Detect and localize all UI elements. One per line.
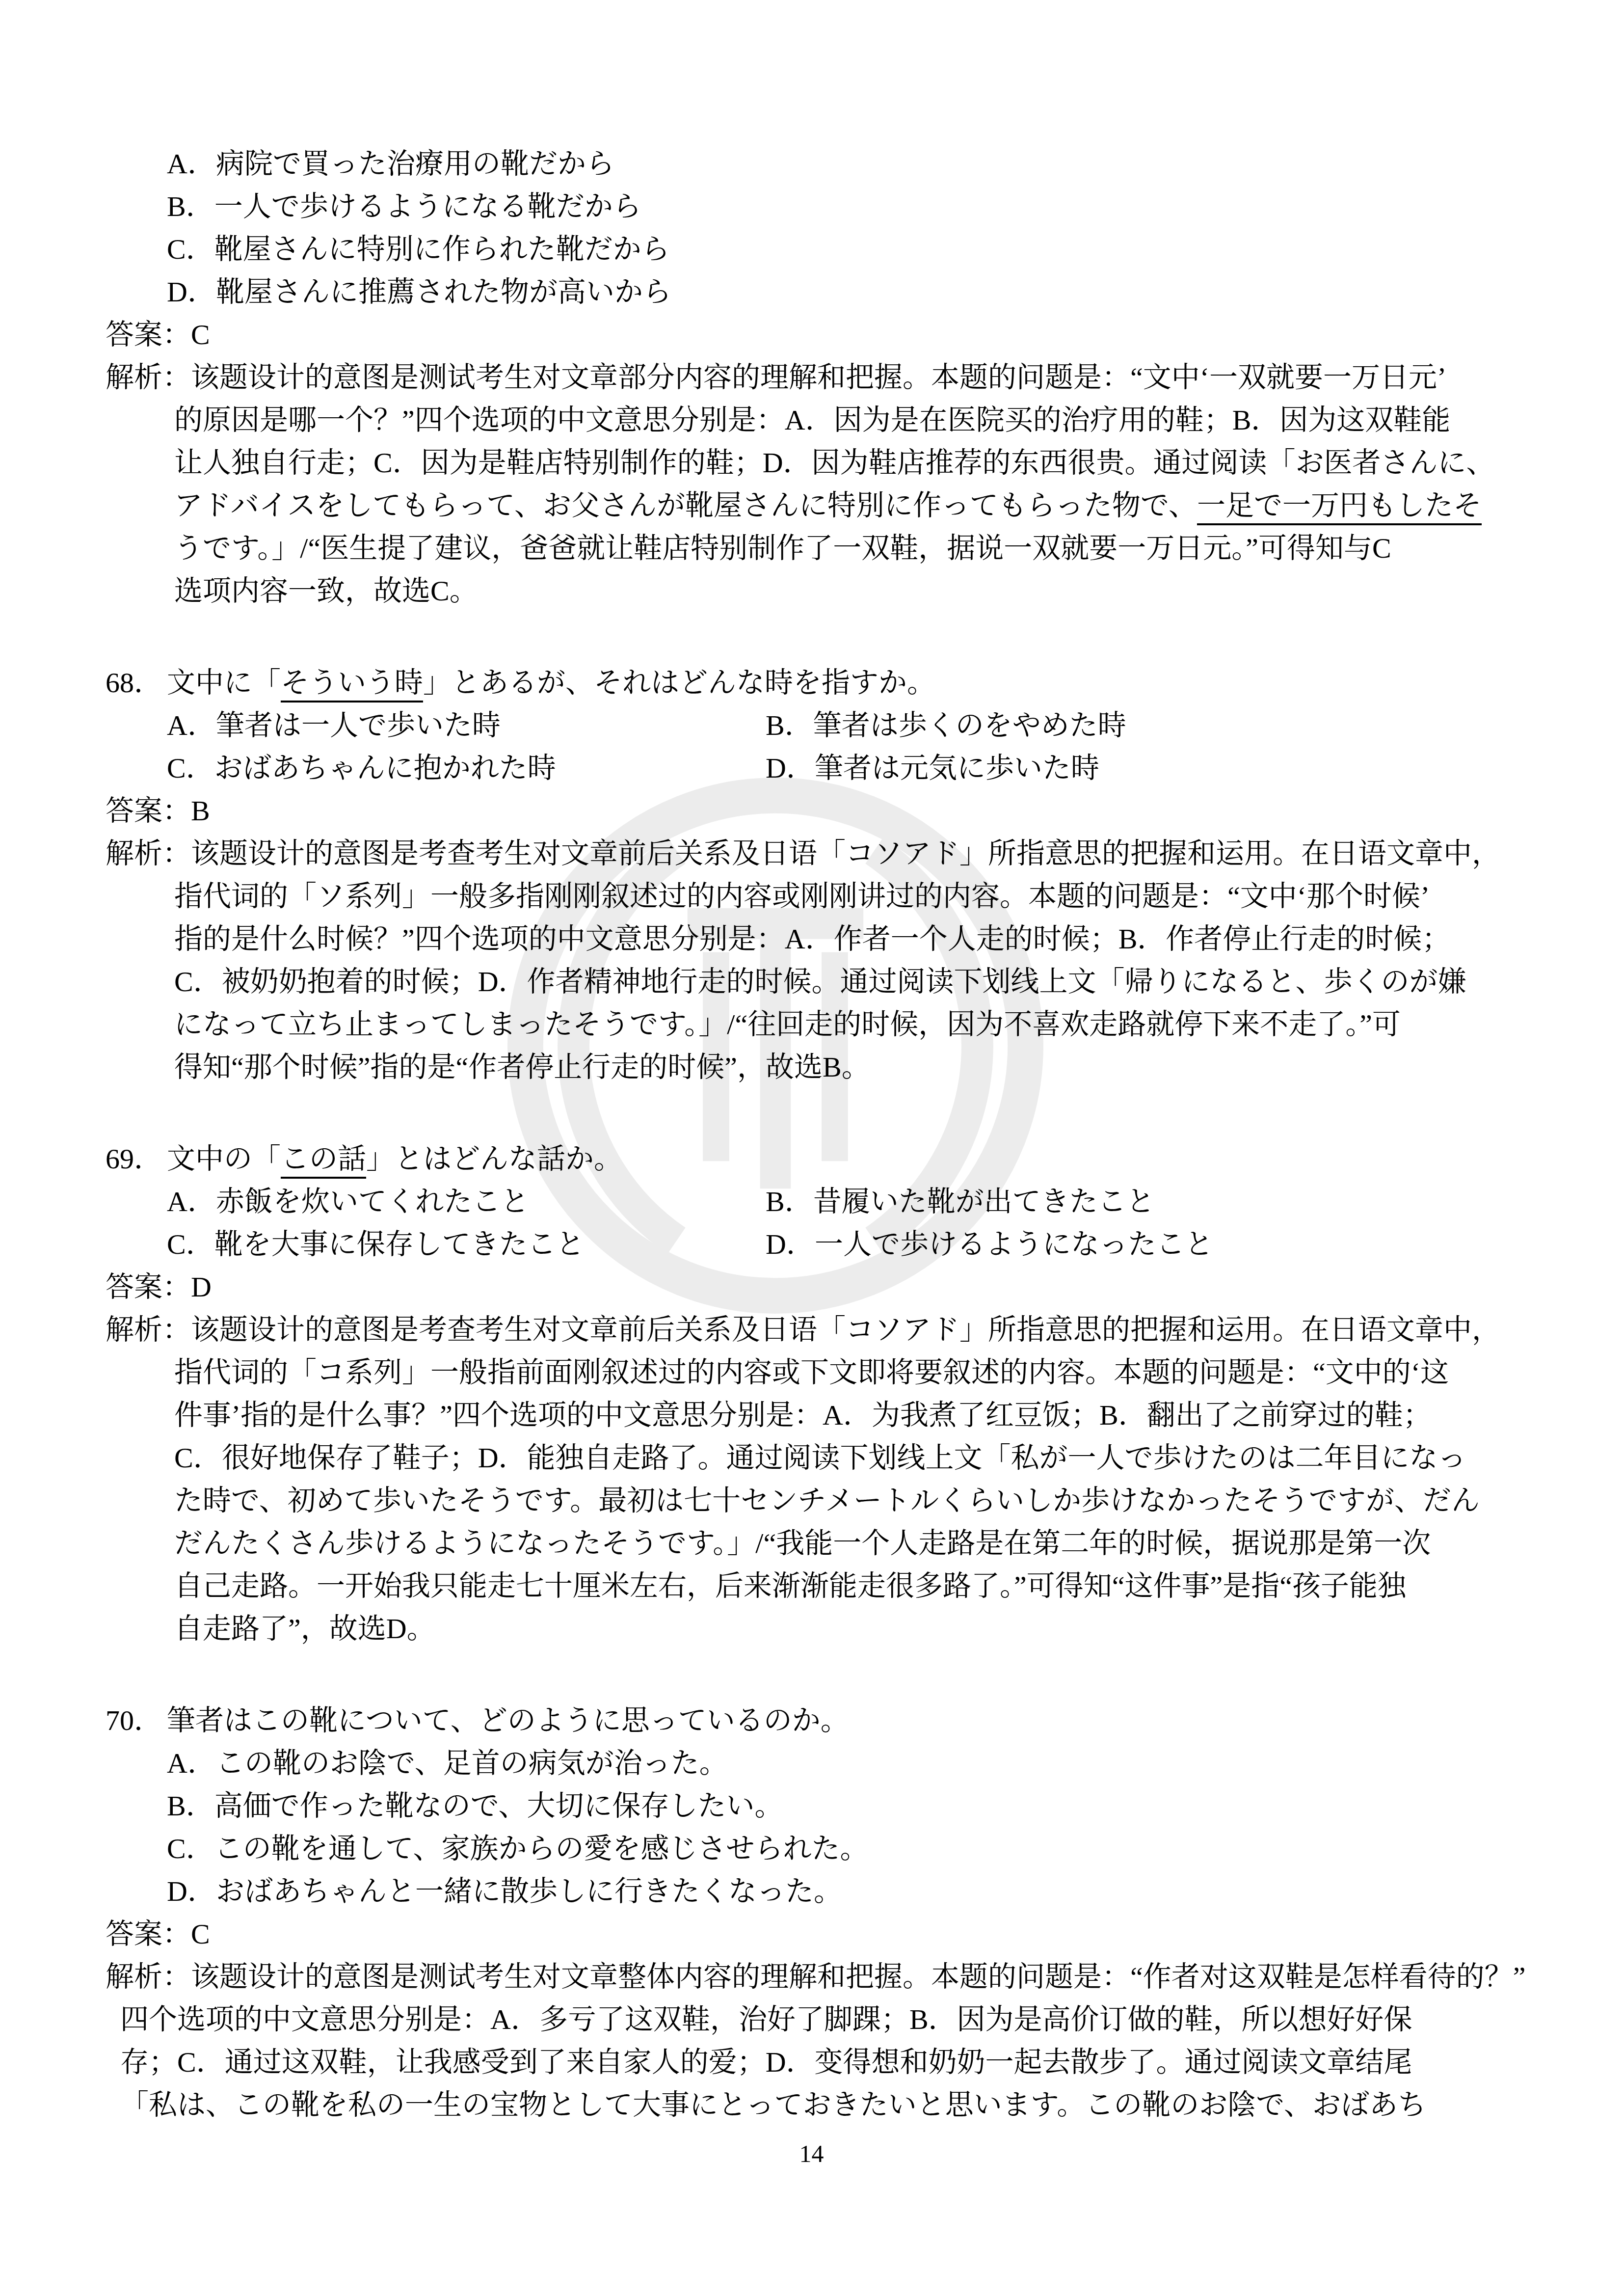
option-b: B．昔履いた靴が出てきたこと	[766, 1186, 1155, 1217]
option-c: C．おばあちゃんに抱かれた時	[167, 747, 766, 789]
analysis-line: 解析：该题设计的意图是考查考生对文章前后关系及日语「コソアド」所指意思的把握和运…	[106, 832, 1519, 875]
analysis-line: 指代词的「ソ系列」一般多指刚刚叙述过的内容或刚刚讲过的内容。本题的问题是：“文中…	[106, 875, 1519, 918]
analysis-label: 解析：	[106, 837, 191, 869]
option-row: A．筆者は一人で歩いた時B．筆者は歩くのをやめた時	[106, 704, 1519, 747]
analysis-label: 解析：	[106, 361, 191, 393]
analysis-line: 指的是什么时候？”四个选项的中文意思分别是：A．作者一个人走的时候；B．作者停止…	[106, 918, 1519, 960]
question-title-text: 文中に「	[167, 667, 281, 699]
question-title: 69．文中の「この話」とはどんな話か。	[106, 1137, 1519, 1180]
option-c: C．靴を大事に保存してきたこと	[167, 1223, 766, 1266]
analysis-line: 存；C．通过这双鞋，让我感受到了来自家人的爱；D．变得想和奶奶一起去散步了。通过…	[106, 2041, 1519, 2083]
analysis-text: 该题设计的意图是考查考生对文章前后关系及日语「コソアド」所指意思的把握和运用。在…	[191, 837, 1500, 869]
analysis-line: 解析：该题设计的意图是测试考生对文章部分内容的理解和把握。本题的问题是：“文中‘…	[106, 356, 1519, 399]
question-title-text: 筆者はこの靴について、どのように思っているのか。	[167, 1704, 849, 1736]
analysis-text: 指代词的「ソ系列」一般多指刚刚叙述过的内容或刚刚讲过的内容。本题的问题是：“文中…	[174, 880, 1430, 912]
question-title: 68．文中に「そういう時」とあるが、それはどんな時を指すか。	[106, 661, 1519, 704]
answer-label: 答案：	[106, 1918, 191, 1950]
question-title-text: 」とあるが、それはどんな時を指すか。	[423, 667, 935, 699]
answer-line: 答案：C	[106, 1913, 1519, 1955]
question-title-text: そういう時	[281, 667, 423, 702]
option-b: B．高価で作った靴なので、大切に保存したい。	[106, 1784, 1519, 1827]
answer-value: D	[191, 1271, 212, 1303]
document-content: A．病院で買った治療用の靴だからB．一人で歩けるようになる靴だからC．靴屋さんに…	[106, 142, 1519, 2126]
question-block-q69: 69．文中の「この話」とはどんな話か。A．赤飯を炊いてくれたことB．昔履いた靴が…	[106, 1137, 1519, 1650]
analysis-text: た時で、初めて歩いたそうです。最初は七十センチメートルくらいしか歩けなかったそう…	[174, 1485, 1480, 1516]
analysis-text: だんたくさん歩けるようになったそうです。」/“我能一个人走路是在第二年的时候，据…	[174, 1527, 1431, 1559]
analysis-line: 选项内容一致，故选C。	[106, 569, 1519, 612]
answer-value: C	[191, 319, 210, 351]
option-a: A．筆者は一人で歩いた時	[167, 704, 766, 747]
option-row: A．赤飯を炊いてくれたことB．昔履いた靴が出てきたこと	[106, 1180, 1519, 1223]
analysis-line: C．很好地保存了鞋子；D．能独自走路了。通过阅读下划线上文「私が一人で歩けたのは…	[106, 1436, 1519, 1479]
analysis-text: C．被奶奶抱着的时候；D．作者精神地行走的时候。通过阅读下划线上文「帰りになると…	[174, 966, 1466, 998]
analysis-line: うです。」/“医生提了建议，爸爸就让鞋店特别制作了一双鞋，据说一双就要一万日元。…	[106, 527, 1519, 569]
question-number: 69．	[106, 1137, 167, 1180]
analysis-text: 选项内容一致，故选C。	[174, 575, 478, 607]
analysis-text: 指代词的「コ系列」一般指前面刚叙述过的内容或下文即将要叙述的内容。本题的问题是：…	[174, 1356, 1449, 1388]
analysis-text: C．很好地保存了鞋子；D．能独自走路了。通过阅读下划线上文「私が一人で歩けたのは…	[174, 1442, 1466, 1474]
analysis-label: 解析：	[106, 1961, 191, 1993]
question-title-text: 文中の「	[167, 1143, 281, 1175]
analysis-text: うです。」/“医生提了建议，爸爸就让鞋店特别制作了一双鞋，据说一双就要一万日元。…	[174, 532, 1391, 564]
option-a: A．赤飯を炊いてくれたこと	[167, 1180, 766, 1223]
answer-line: 答案：C	[106, 313, 1519, 356]
analysis-line: だんたくさん歩けるようになったそうです。」/“我能一个人走路是在第二年的时候，据…	[106, 1522, 1519, 1565]
question-number: 70．	[106, 1699, 167, 1742]
analysis-text: アドバイスをしてもらって、お父さんが靴屋さんに特別に作ってもらった物で、	[174, 489, 1197, 521]
analysis-label: 解析：	[106, 1314, 191, 1346]
analysis-text: 得知“那个时候”指的是“作者停止行走的时候”，故选B。	[174, 1051, 870, 1083]
analysis-text: 该题设计的意图是测试考生对文章整体内容的理解和把握。本题的问题是：“作者对这双鞋…	[191, 1961, 1526, 1993]
analysis-line: になって立ち止まってしまったそうです。」/“往回走的时候，因为不喜欢走路就停下来…	[106, 1003, 1519, 1046]
question-block-q70: 70．筆者はこの靴について、どのように思っているのか。A．この靴のお陰で、足首の…	[106, 1699, 1519, 2126]
option-b: B．筆者は歩くのをやめた時	[766, 709, 1126, 741]
option-d: D．おばあちゃんと一緒に散歩しに行きたくなった。	[106, 1870, 1519, 1913]
analysis-text: 存；C．通过这双鞋，让我感受到了来自家人的爱；D．变得想和奶奶一起去散步了。通过…	[120, 2046, 1412, 2078]
analysis-line: アドバイスをしてもらって、お父さんが靴屋さんに特別に作ってもらった物で、一足で一…	[106, 484, 1519, 527]
document-page: A．病院で買った治療用の靴だからB．一人で歩けるようになる靴だからC．靴屋さんに…	[0, 0, 1623, 2296]
analysis-line: 件事’指的是什么事？”四个选项的中文意思分别是：A．为我煮了红豆饭；B．翻出了之…	[106, 1394, 1519, 1436]
option-d: D．靴屋さんに推薦された物が高いから	[106, 270, 1519, 313]
analysis-text: 四个选项的中文意思分别是：A．多亏了这双鞋，治好了脚踝；B．因为是高价订做的鞋，…	[120, 2003, 1412, 2035]
analysis-text: 指的是什么时候？”四个选项的中文意思分别是：A．作者一个人走的时候；B．作者停止…	[174, 923, 1450, 955]
analysis-text: 自己走路。一开始我只能走七十厘米左右，后来渐渐能走很多路了。”可得知“这件事”是…	[174, 1570, 1406, 1602]
option-d: D．一人で歩けるようになったこと	[766, 1228, 1213, 1260]
analysis-line: 自己走路。一开始我只能走七十厘米左右，后来渐渐能走很多路了。”可得知“这件事”是…	[106, 1565, 1519, 1607]
option-c: C．靴屋さんに特別に作られた靴だから	[106, 228, 1519, 270]
analysis-line: C．被奶奶抱着的时候；D．作者精神地行走的时候。通过阅读下划线上文「帰りになると…	[106, 960, 1519, 1003]
analysis-line: 四个选项的中文意思分别是：A．多亏了这双鞋，治好了脚踝；B．因为是高价订做的鞋，…	[106, 1998, 1519, 2041]
answer-label: 答案：	[106, 795, 191, 827]
question-title-text: 」とはどんな話か。	[366, 1143, 622, 1175]
analysis-line: 解析：该题设计的意图是测试考生对文章整体内容的理解和把握。本题的问题是：“作者对…	[106, 1955, 1519, 1998]
analysis-line: 自走路了”，故选D。	[106, 1607, 1519, 1650]
option-d: D．筆者は元気に歩いた時	[766, 752, 1099, 784]
analysis-text: 该题设计的意图是测试考生对文章部分内容的理解和把握。本题的问题是：“文中‘一双就…	[191, 361, 1446, 393]
analysis-line: 的原因是哪一个？”四个选项的中文意思分别是：A．因为是在医院买的治疗用的鞋；B．…	[106, 399, 1519, 441]
analysis-text: になって立ち止まってしまったそうです。」/“往回走的时候，因为不喜欢走路就停下来…	[174, 1008, 1401, 1040]
analysis-text: 「私は、この靴を私の一生の宝物として大事にとっておきたいと思います。この靴のお陰…	[120, 2089, 1426, 2121]
option-a: A．この靴のお陰で、足首の病気が治った。	[106, 1742, 1519, 1784]
analysis-line: 「私は、この靴を私の一生の宝物として大事にとっておきたいと思います。この靴のお陰…	[106, 2083, 1519, 2126]
analysis-text: 自走路了”，故选D。	[174, 1613, 435, 1645]
analysis-text: 件事’指的是什么事？”四个选项的中文意思分别是：A．为我煮了红豆饭；B．翻出了之…	[174, 1399, 1432, 1431]
page-number: 14	[0, 2141, 1623, 2166]
analysis-text: 一足で一万円もしたそ	[1197, 489, 1482, 525]
option-c: C．この靴を通して、家族からの愛を感じさせられた。	[106, 1827, 1519, 1870]
answer-value: B	[191, 795, 210, 827]
answer-label: 答案：	[106, 319, 191, 351]
question-block-q68: 68．文中に「そういう時」とあるが、それはどんな時を指すか。A．筆者は一人で歩い…	[106, 661, 1519, 1088]
option-a: A．病院で買った治療用の靴だから	[106, 142, 1519, 185]
option-b: B．一人で歩けるようになる靴だから	[106, 185, 1519, 228]
analysis-text: 该题设计的意图是考查考生对文章前后关系及日语「コソアド」所指意思的把握和运用。在…	[191, 1314, 1500, 1346]
question-number: 68．	[106, 661, 167, 704]
analysis-line: た時で、初めて歩いたそうです。最初は七十センチメートルくらいしか歩けなかったそう…	[106, 1479, 1519, 1522]
answer-label: 答案：	[106, 1271, 191, 1303]
question-title: 70．筆者はこの靴について、どのように思っているのか。	[106, 1699, 1519, 1742]
answer-line: 答案：D	[106, 1266, 1519, 1308]
analysis-line: 让人独自行走；C．因为是鞋店特别制作的鞋；D．因为鞋店推荐的东西很贵。通过阅读「…	[106, 441, 1519, 484]
analysis-line: 指代词的「コ系列」一般指前面刚叙述过的内容或下文即将要叙述的内容。本题的问题是：…	[106, 1351, 1519, 1394]
question-title-text: この話	[281, 1143, 366, 1179]
answer-value: C	[191, 1918, 210, 1950]
analysis-text: 让人独自行走；C．因为是鞋店特别制作的鞋；D．因为鞋店推荐的东西很贵。通过阅读「…	[174, 447, 1495, 479]
analysis-line: 得知“那个时候”指的是“作者停止行走的时候”，故选B。	[106, 1046, 1519, 1088]
analysis-line: 解析：该题设计的意图是考查考生对文章前后关系及日语「コソアド」所指意思的把握和运…	[106, 1308, 1519, 1351]
option-row: C．靴を大事に保存してきたことD．一人で歩けるようになったこと	[106, 1223, 1519, 1266]
analysis-text: 的原因是哪一个？”四个选项的中文意思分别是：A．因为是在医院买的治疗用的鞋；B．…	[174, 404, 1450, 436]
option-row: C．おばあちゃんに抱かれた時D．筆者は元気に歩いた時	[106, 747, 1519, 789]
question-block-q67-tail: A．病院で買った治療用の靴だからB．一人で歩けるようになる靴だからC．靴屋さんに…	[106, 142, 1519, 612]
answer-line: 答案：B	[106, 789, 1519, 832]
